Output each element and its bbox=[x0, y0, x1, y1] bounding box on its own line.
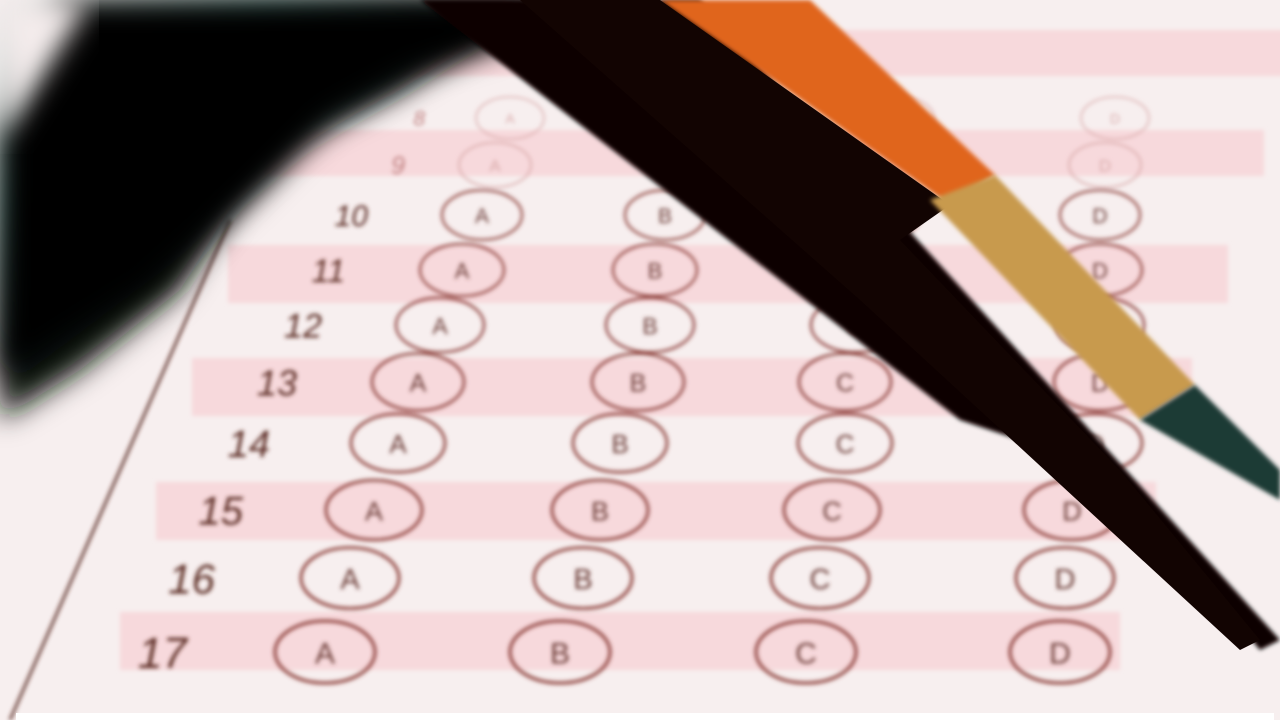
bubble-letter: C bbox=[795, 638, 817, 671]
bottom-white-strip bbox=[16, 713, 1274, 720]
question-number: 13 bbox=[257, 362, 297, 403]
shaded-row bbox=[156, 482, 1156, 540]
bubble-letter: C bbox=[836, 429, 855, 459]
bubble-letter: B bbox=[642, 313, 657, 339]
question-number: 11 bbox=[312, 253, 345, 289]
answer-sheet-photo: 8ABCD9ABCD10ABCD11ABCD12ABCD13ABCD14ABCD… bbox=[0, 0, 1280, 720]
bubble-letter: B bbox=[611, 429, 628, 459]
shaded-row bbox=[120, 612, 1120, 670]
bubble-letter: D bbox=[1049, 638, 1071, 671]
question-number: 10 bbox=[335, 200, 369, 233]
question-number: 16 bbox=[168, 555, 215, 602]
question-number: 9 bbox=[391, 152, 405, 180]
bubble-letter: D bbox=[1110, 111, 1120, 127]
bubble-letter: B bbox=[658, 205, 672, 228]
bubble-letter: A bbox=[489, 157, 501, 176]
bubble-letter: A bbox=[432, 313, 448, 339]
question-number: 14 bbox=[228, 424, 270, 466]
photo-illustration: 8ABCD9ABCD10ABCD11ABCD12ABCD13ABCD14ABCD… bbox=[0, 0, 1280, 720]
bubble-letter: A bbox=[455, 259, 470, 284]
bubble-letter: B bbox=[591, 497, 609, 527]
bubble-letter: A bbox=[365, 497, 383, 527]
bubble-letter: B bbox=[550, 638, 570, 671]
bubble-letter: A bbox=[315, 638, 335, 671]
question-number: 12 bbox=[284, 308, 322, 346]
bubble-letter: B bbox=[573, 564, 592, 596]
bubble-letter: B bbox=[630, 370, 647, 398]
bubble-letter: C bbox=[822, 497, 842, 527]
question-number: 8 bbox=[413, 108, 425, 131]
bubble-letter: A bbox=[389, 429, 407, 459]
bubble-letter: C bbox=[836, 370, 854, 398]
bubble-letter: A bbox=[475, 205, 489, 228]
question-number: 17 bbox=[138, 629, 188, 678]
bubble-letter: D bbox=[1055, 564, 1076, 596]
bubble-letter: D bbox=[1099, 157, 1111, 176]
bubble-letter: D bbox=[1092, 205, 1107, 228]
bubble-letter: A bbox=[505, 111, 515, 127]
bubble-letter: A bbox=[410, 370, 427, 398]
question-number: 15 bbox=[199, 490, 244, 534]
bubble-letter: A bbox=[340, 564, 360, 596]
bubble-letter: B bbox=[648, 259, 663, 284]
bubble-letter: C bbox=[810, 564, 831, 596]
